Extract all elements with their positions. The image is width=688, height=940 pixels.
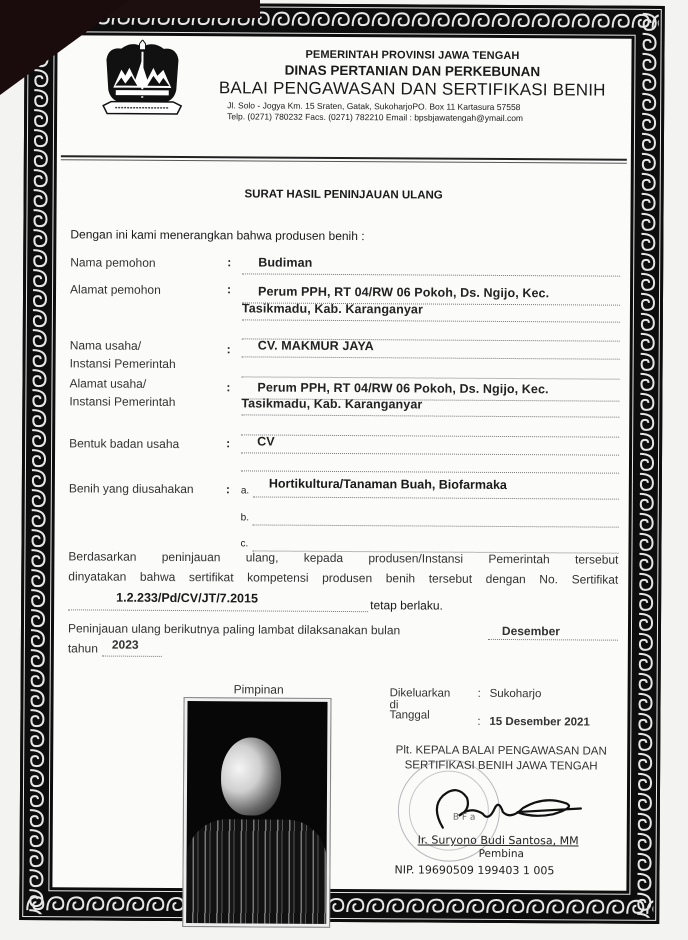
year-label: tahun bbox=[68, 641, 98, 655]
photo-face bbox=[221, 737, 281, 815]
seed-letter: c. bbox=[240, 538, 248, 549]
seed-value: Hortikultura/Tanaman Buah, Biofarmaka bbox=[269, 477, 507, 492]
certificate-tail: tetap berlaku. bbox=[370, 598, 443, 612]
field-business-type: Bentuk badan usaha : CV bbox=[69, 433, 619, 466]
signer-name: Ir. Suryono Budi Santosa, MM bbox=[418, 833, 579, 847]
issued-date-value: 15 Desember 2021 bbox=[489, 716, 589, 729]
issued-place-separator: : bbox=[478, 688, 481, 700]
field-value: CV. MAKMUR JAYA bbox=[258, 338, 374, 353]
letterhead-contact: Telp. (0271) 780232 Facs. (0271) 782210 … bbox=[227, 111, 637, 125]
field-value-line2: Tasikmadu, Kab. Karanganyar bbox=[241, 396, 422, 411]
field-business-address: Alamat usaha/ Instansi Pemerintah : Peru… bbox=[69, 375, 619, 430]
officer-title-line2: SERTIFIKASI BENIH JAWA TENGAH bbox=[381, 758, 621, 774]
field-business-name: Nama usaha/ Instansi Pemerintah : CV. MA… bbox=[70, 337, 620, 378]
field-separator: : bbox=[227, 342, 231, 356]
next-review-year: 2023 bbox=[112, 638, 139, 652]
issued-date-label: Tanggal bbox=[389, 709, 429, 721]
field-applicant-name: Nama pemohon : Budiman bbox=[70, 254, 620, 277]
field-label-line2: Instansi Pemerintah bbox=[70, 355, 220, 373]
letterhead-government: PEMERINTAH PROVINSI JAWA TENGAH bbox=[187, 48, 637, 63]
next-review-year-line: tahun 2023 bbox=[68, 641, 98, 659]
field-separator: : bbox=[227, 282, 231, 296]
field-separator: : bbox=[226, 380, 230, 394]
letterhead-department: DINAS PERTANIAN DAN PERKEBUNAN bbox=[187, 62, 637, 80]
field-label: Bentuk badan usaha bbox=[69, 435, 219, 453]
field-label: Alamat pemohon bbox=[70, 281, 220, 299]
seeds-label: Benih yang diusahakan bbox=[69, 481, 194, 496]
field-separator: : bbox=[226, 436, 230, 450]
signer-rank: Pembina bbox=[479, 848, 524, 860]
next-review-line: Peninjauan ulang berikutnya paling lamba… bbox=[68, 621, 618, 642]
intro-text: Dengan ini kami menerangkan bahwa produs… bbox=[70, 227, 364, 243]
issued-place-value: Sukoharjo bbox=[490, 688, 542, 700]
field-label-line2: Instansi Pemerintah bbox=[69, 393, 219, 411]
certificate-sheet: PEMERINTAH PROVINSI JAWA TENGAH DINAS PE… bbox=[19, 2, 665, 924]
field-applicant-address: Alamat pemohon : Perum PPH, RT 04/RW 06 … bbox=[70, 281, 620, 332]
seed-letter: a. bbox=[241, 485, 249, 496]
next-review-month: Desember bbox=[502, 624, 560, 638]
field-separator: : bbox=[227, 255, 231, 269]
field-value: Perum PPH, RT 04/RW 06 Pokoh, Ds. Ngijo,… bbox=[257, 380, 548, 396]
field-label: Alamat usaha/ bbox=[69, 375, 219, 393]
photo-body bbox=[186, 819, 327, 924]
certificate-number: 1.2.233/Pd/CV/JT/7.2015 bbox=[116, 591, 258, 606]
seeds-separator: : bbox=[226, 482, 230, 496]
photo-caption: Pimpinan bbox=[234, 682, 284, 696]
field-label: Nama usaha/ bbox=[70, 337, 220, 355]
director-photo bbox=[183, 698, 330, 927]
letterhead-agency: BALAI PENGAWASAN DAN SERTIFIKASI BENIH bbox=[187, 78, 637, 101]
next-review-text: Peninjauan ulang berikutnya paling lamba… bbox=[68, 621, 400, 637]
svg-text:B F a: B F a bbox=[453, 813, 476, 823]
seed-item-b: b. bbox=[69, 507, 619, 530]
issued-date-separator: : bbox=[477, 716, 480, 728]
issued-place-label: Dikeluarkan di bbox=[389, 687, 450, 711]
certificate-number-line: 1.2.233/Pd/CV/JT/7.2015 tetap berlaku. bbox=[68, 593, 618, 614]
officer-title-line1: Plt. KEPALA BALAI PENGAWASAN DAN bbox=[381, 743, 621, 759]
scan-shadow-corner bbox=[0, 0, 130, 95]
signature-icon: B F a bbox=[413, 777, 583, 838]
statement-line-2: dinyatakan bahwa sertifikat kompetensi p… bbox=[68, 569, 618, 586]
field-label: Nama pemohon bbox=[70, 254, 220, 272]
letterhead: PEMERINTAH PROVINSI JAWA TENGAH DINAS PE… bbox=[187, 48, 637, 125]
dotted-line bbox=[241, 452, 619, 473]
field-value: Perum PPH, RT 04/RW 06 Pokoh, Ds. Ngijo,… bbox=[258, 284, 549, 300]
seed-item-a: Benih yang diusahakan : a. Hortikultura/… bbox=[69, 479, 619, 502]
field-value: Budiman bbox=[258, 255, 312, 269]
officer-title: Plt. KEPALA BALAI PENGAWASAN DAN SERTIFI… bbox=[381, 743, 621, 774]
field-value-line2: Tasikmadu, Kab. Karanganyar bbox=[242, 301, 423, 316]
document-title: SURAT HASIL PENINJAUAN ULANG bbox=[57, 187, 631, 203]
statement-line-1: Berdasarkan peninjauan ulang, kepada pro… bbox=[68, 549, 618, 566]
dotted-line bbox=[253, 508, 619, 527]
signer-nip: NIP. 19690509 199403 1 005 bbox=[394, 863, 554, 877]
seed-letter: b. bbox=[241, 512, 249, 523]
statement-paragraph: Berdasarkan peninjauan ulang, kepada pro… bbox=[68, 549, 618, 586]
document-body: PEMERINTAH PROVINSI JAWA TENGAH DINAS PE… bbox=[52, 35, 631, 890]
field-value: CV bbox=[257, 434, 275, 448]
